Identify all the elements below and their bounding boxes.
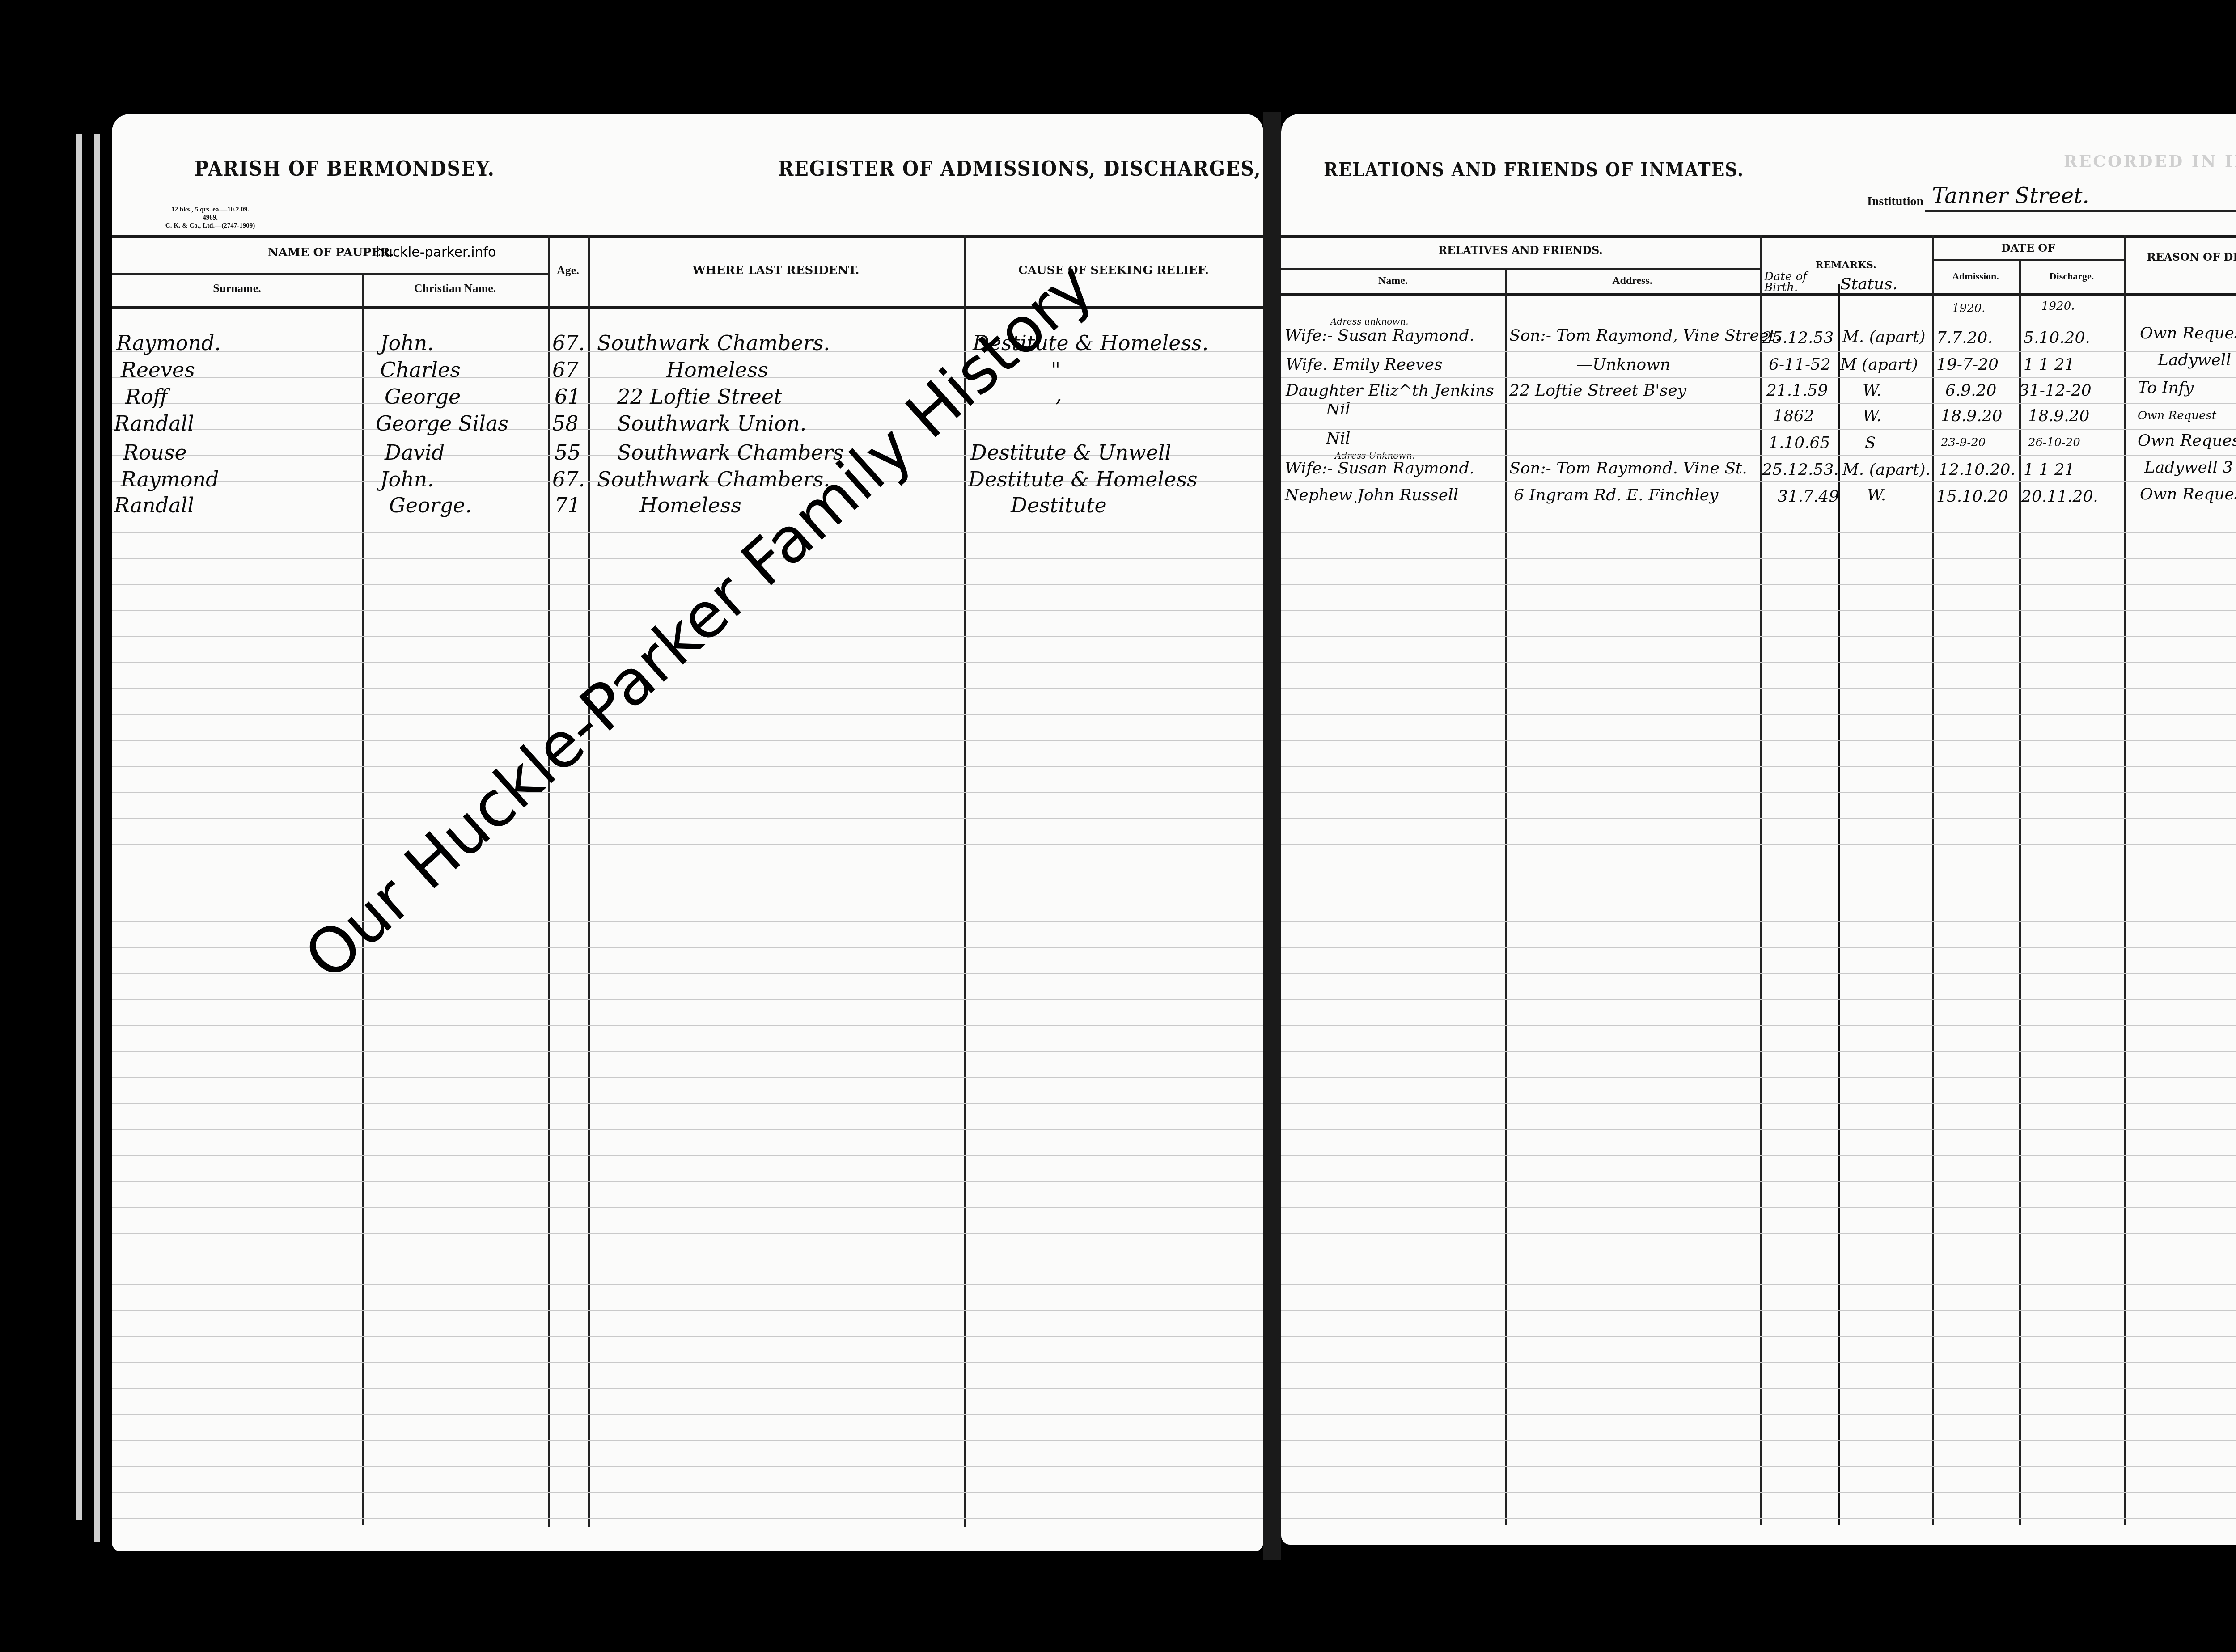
ruled-line — [1281, 558, 2236, 559]
discharge-date: 1 1 21 — [2024, 355, 2075, 374]
ruled-line — [112, 688, 1263, 689]
ruled-line — [112, 1103, 1263, 1104]
ruled-line — [112, 1518, 1263, 1519]
cause-of-seeking-relief: " — [1051, 358, 1060, 382]
date-of-birth: 1862 — [1773, 407, 1814, 425]
ruled-line — [1281, 766, 2236, 767]
ruled-line — [1281, 1492, 2236, 1493]
ruled-line — [1281, 1155, 2236, 1156]
relative-name: Wife:- Susan Raymond. — [1285, 459, 1474, 477]
header-rule-top — [112, 235, 1263, 238]
ruled-line — [1281, 1284, 2236, 1285]
ruled-line — [112, 1362, 1263, 1363]
ruled-line — [112, 1492, 1263, 1493]
header-discharge: Discharge. — [2019, 270, 2124, 282]
header-rule-mid — [112, 273, 550, 275]
register-title: REGISTER OF ADMISSIONS, DISCHARGES, — [778, 156, 1262, 181]
reason-of-discharge: To Infy — [2138, 379, 2194, 397]
date-of-birth: 25.12.53 — [1762, 329, 1834, 347]
ruled-line — [1281, 507, 2236, 507]
cause-of-seeking-relief: , — [1055, 382, 1062, 406]
age: 67. — [552, 331, 585, 355]
relative-address: 6 Ingram Rd. E. Finchley — [1514, 486, 1718, 504]
relative-address: 22 Loftie Street B'sey — [1509, 381, 1686, 400]
discharge-date: 1 1 21 — [2024, 461, 2075, 479]
header-status: Status. — [1840, 275, 1897, 293]
ruled-line — [1281, 532, 2236, 533]
reason-of-discharge: Own Request. — [2140, 485, 2236, 503]
ruled-line — [112, 792, 1263, 793]
institution-label: Institution — [1867, 194, 1923, 209]
date-of-birth: 6-11-52 — [1769, 355, 1831, 374]
header-address: Address. — [1505, 275, 1760, 287]
relative-address: —Unknown — [1576, 355, 1670, 374]
admission-date: 6.9.20 — [1945, 381, 1997, 400]
ruled-line — [112, 1233, 1263, 1234]
ruled-line — [1281, 1025, 2236, 1026]
ruled-line — [1281, 714, 2236, 715]
admission-date: 12.10.20. — [1939, 461, 2016, 479]
ruled-line — [1281, 377, 2236, 378]
printer-line: C. K. & Co., Ltd.—(2747-1909) — [152, 222, 268, 230]
christian-name: George Silas — [376, 411, 508, 435]
header-date-of: DATE OF — [1932, 241, 2124, 254]
discharge-date: 26-10-20 — [2028, 436, 2080, 449]
ruled-line — [1281, 403, 2236, 404]
discharge-date: 18.9.20 — [2028, 407, 2089, 425]
ruled-line — [1281, 481, 2236, 482]
relative-name: Nil — [1326, 429, 1351, 448]
header-remarks: REMARKS. — [1760, 259, 1932, 271]
ruled-line — [112, 1051, 1263, 1052]
ruled-line — [1281, 792, 2236, 793]
ruled-line — [1281, 429, 2236, 430]
christian-name: David — [385, 440, 445, 465]
printer-line: 4969. — [152, 214, 268, 222]
christian-name: John. — [380, 331, 434, 355]
admission-date: 19-7-20 — [1936, 355, 1999, 374]
ruled-line — [112, 1336, 1263, 1337]
surname: Roff — [125, 384, 168, 409]
header-rule-bottom — [1281, 293, 2236, 296]
relations-title: RELATIONS AND FRIENDS OF INMATES. — [1324, 159, 1744, 181]
age: 67. — [552, 467, 585, 491]
ruled-line — [1281, 1336, 2236, 1337]
age: 67 — [552, 358, 579, 382]
age: 71 — [555, 493, 581, 517]
where-last-resident: 22 Loftie Street — [617, 384, 782, 409]
reason-of-discharge: Own Request — [2138, 409, 2216, 423]
ruled-line — [1281, 870, 2236, 870]
date-of-birth: 25.12.53. — [1762, 461, 1839, 479]
date-of-birth: 1.10.65 — [1769, 434, 1830, 452]
where-last-resident: Homeless — [639, 493, 741, 517]
christian-name: George. — [389, 493, 472, 517]
ruled-line — [1281, 818, 2236, 819]
admission-date: 15.10.20 — [1936, 487, 2008, 506]
ruled-line — [1281, 1207, 2236, 1208]
christian-name: Charles — [380, 358, 461, 382]
ruled-line — [1281, 1414, 2236, 1415]
ruled-line — [1281, 1440, 2236, 1441]
cause-of-seeking-relief: Destitute — [1011, 493, 1107, 517]
ruled-line — [1281, 1103, 2236, 1104]
ruled-line — [112, 870, 1263, 870]
ruled-line — [112, 1129, 1263, 1130]
status: S — [1865, 434, 1876, 452]
status: W. — [1863, 407, 1881, 425]
cause-of-seeking-relief: Destitute & Homeless — [968, 467, 1198, 491]
christian-name: George — [385, 384, 461, 409]
ruled-line — [1281, 1051, 2236, 1052]
header-where-last-resident: WHERE LAST RESIDENT. — [588, 264, 964, 277]
ruled-line — [112, 1284, 1263, 1285]
cause-of-seeking-relief: Destitute & Unwell — [970, 440, 1171, 465]
ruled-line — [112, 532, 1263, 533]
header-date-of-birth: Date of Birth. — [1764, 271, 1831, 293]
ruled-line — [112, 896, 1263, 896]
column-divider — [2124, 235, 2126, 1525]
header-name: Name. — [1281, 275, 1505, 287]
ruled-line — [1281, 662, 2236, 663]
ruled-line — [112, 740, 1263, 741]
header-surname: Surname. — [112, 282, 362, 295]
parish-title: PARISH OF BERMONDSEY. — [195, 156, 495, 181]
reason-of-discharge: Own Request. — [2140, 324, 2236, 342]
status: W. — [1863, 381, 1881, 400]
header-cause-of-seeking-relief: CAUSE OF SEEKING RELIEF. — [964, 264, 1263, 277]
remark-note: Adress unknown. — [1330, 316, 1409, 327]
ruled-line — [1281, 1181, 2236, 1182]
header-rule-date — [1932, 259, 2124, 261]
ruled-line — [112, 1259, 1263, 1259]
ruled-line — [112, 1181, 1263, 1182]
ruled-line — [112, 999, 1263, 1000]
ruled-line — [1281, 688, 2236, 689]
ruled-line — [1281, 1259, 2236, 1259]
relative-name: Daughter Eliz^th Jenkins — [1286, 381, 1494, 400]
ruled-line — [112, 818, 1263, 819]
admission-date: 23-9-20 — [1941, 436, 1986, 449]
header-admission: Admission. — [1932, 270, 2019, 282]
ruled-line — [1281, 1233, 2236, 1234]
christian-name: John. — [380, 467, 434, 491]
relative-name: Wife:- Susan Raymond. — [1285, 326, 1474, 345]
ruled-line — [1281, 740, 2236, 741]
ruled-line — [112, 1025, 1263, 1026]
age: 55 — [555, 440, 581, 465]
page-edge — [76, 134, 82, 1520]
ruled-line — [1281, 999, 2236, 1000]
ruled-line — [1281, 921, 2236, 922]
surname: Rouse — [123, 440, 187, 465]
ruled-line — [1281, 1129, 2236, 1130]
ruled-line — [112, 1466, 1263, 1467]
header-reason-of-discharge: REASON OF DISCHARGE. — [2124, 250, 2236, 263]
ruled-line — [112, 1414, 1263, 1415]
header-rule-mid — [1281, 268, 1760, 270]
column-divider — [2019, 259, 2021, 1525]
header-rule-top — [1281, 235, 2236, 238]
left-page: PARISH OF BERMONDSEY. REGISTER OF ADMISS… — [112, 114, 1263, 1551]
ruled-line — [1281, 1362, 2236, 1363]
ruled-line — [112, 558, 1263, 559]
faded-stamp: RECORDED IN INDEX — [2064, 152, 2236, 171]
discharge-date: 20.11.20. — [2021, 487, 2098, 506]
status: M. (apart) — [1842, 328, 1925, 346]
surname: Randall — [114, 411, 194, 435]
reason-of-discharge: Own Request — [2138, 431, 2236, 450]
surname: Reeves — [121, 358, 195, 382]
ruled-line — [112, 714, 1263, 715]
ruled-line — [112, 1155, 1263, 1156]
age: 61 — [555, 384, 581, 409]
printer-line: 12 bks., 5 qrs. ea.—10.2.09. — [152, 206, 268, 214]
relative-address: Son:- Tom Raymond, Vine Street. — [1509, 326, 1780, 345]
where-last-resident: Southwark Union. — [617, 411, 806, 435]
ruled-line — [1281, 610, 2236, 611]
ruled-line — [112, 766, 1263, 767]
discharge-date: 5.10.20. — [2024, 329, 2090, 347]
surname: Raymond — [121, 467, 219, 491]
relative-name: Nephew John Russell — [1285, 486, 1458, 504]
header-christian-name: Christian Name. — [362, 282, 548, 295]
header-relatives-and-friends: RELATIVES AND FRIENDS. — [1281, 244, 1760, 257]
ruled-line — [112, 1207, 1263, 1208]
surname: Randall — [114, 493, 194, 517]
admission-date: 18.9.20 — [1941, 407, 2002, 425]
discharge-date: 31-12-20 — [2019, 381, 2092, 400]
ruled-line — [1281, 1077, 2236, 1078]
reason-of-discharge: Ladywell 3 — [2144, 458, 2233, 477]
book-spine — [1263, 112, 1281, 1560]
discharge-year: 1920. — [2041, 300, 2075, 313]
ruled-line — [112, 1077, 1263, 1078]
reason-of-discharge: Ladywell 3 — [2158, 351, 2236, 369]
date-of-birth: 21.1.59 — [1766, 381, 1828, 400]
status: W. — [1867, 486, 1886, 504]
column-divider — [1760, 235, 1762, 1525]
date-of-birth: 31.7.49 — [1778, 487, 1839, 506]
ruled-line — [1281, 351, 2236, 352]
ruled-line — [1281, 896, 2236, 896]
printer-imprint: 12 bks., 5 qrs. ea.—10.2.09. 4969. C. K.… — [152, 206, 268, 230]
where-last-resident: Homeless — [666, 358, 768, 382]
where-last-resident: Southwark Chambers. — [597, 331, 830, 355]
ruled-line — [1281, 584, 2236, 585]
ruled-line — [112, 1440, 1263, 1441]
ruled-line — [112, 1310, 1263, 1311]
admission-date: 7.7.20. — [1936, 329, 1993, 347]
institution-underline — [1925, 210, 2236, 212]
header-age: Age. — [548, 264, 588, 277]
ruled-line — [1281, 455, 2236, 456]
status: M (apart) — [1840, 355, 1918, 374]
ruled-line — [1281, 1518, 2236, 1519]
ruled-line — [1281, 636, 2236, 637]
ruled-line — [1281, 1388, 2236, 1389]
status: M. (apart). — [1842, 461, 1931, 479]
page-edge — [94, 134, 100, 1542]
ruled-line — [1281, 1310, 2236, 1311]
right-page: RELATIONS AND FRIENDS OF INMATES. RECORD… — [1281, 114, 2236, 1545]
institution-value: Tanner Street. — [1932, 183, 2089, 208]
admission-year: 1920. — [1952, 302, 1985, 315]
ruled-line — [1281, 973, 2236, 974]
ruled-line — [112, 947, 1263, 948]
url-overlay: huckle-parker.info — [376, 245, 496, 260]
relative-address: Son:- Tom Raymond. Vine St. — [1509, 459, 1747, 477]
surname: Raymond. — [116, 331, 221, 355]
ruled-line — [112, 973, 1263, 974]
age: 58 — [552, 411, 579, 435]
relative-name: Wife. Emily Reeves — [1286, 355, 1442, 374]
ruled-line — [1281, 1466, 2236, 1467]
ruled-line — [112, 844, 1263, 845]
ruled-line — [1281, 947, 2236, 948]
ruled-line — [112, 921, 1263, 922]
ruled-line — [112, 1388, 1263, 1389]
ruled-line — [1281, 844, 2236, 845]
column-divider — [1932, 235, 1934, 1525]
where-last-resident: Southwark Chambers — [617, 440, 843, 465]
